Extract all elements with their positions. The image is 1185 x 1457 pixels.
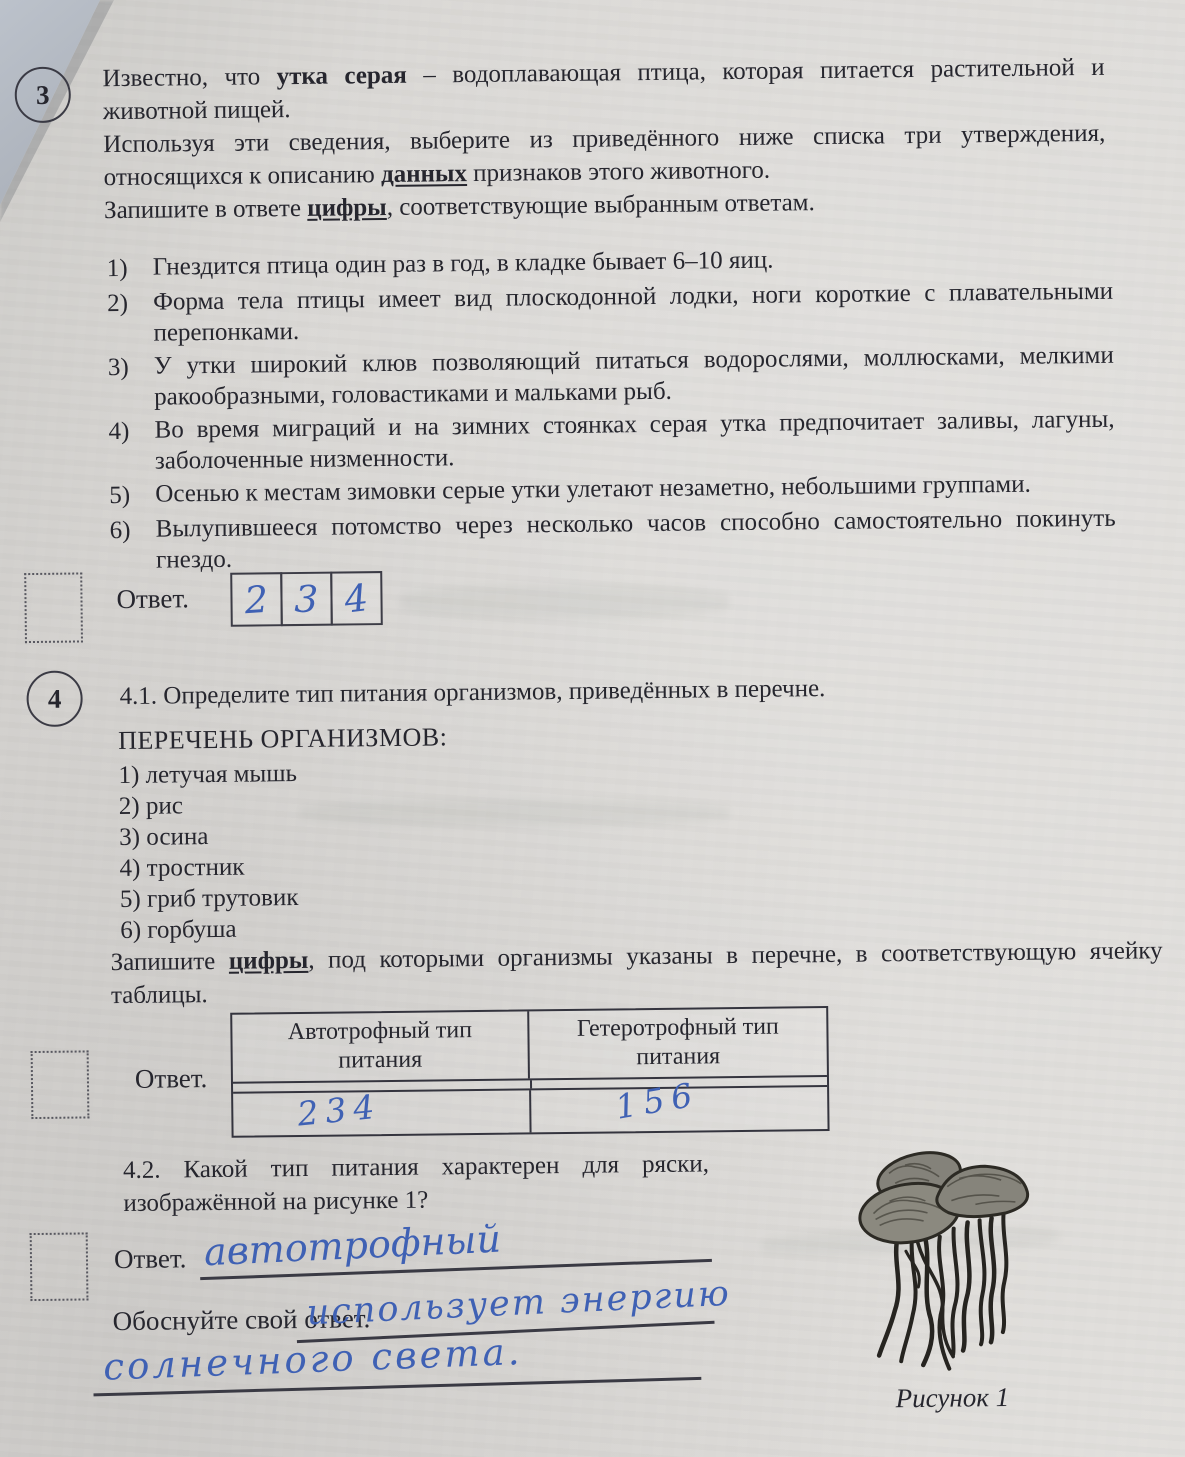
underlined-term: цифры — [229, 947, 309, 975]
handwritten-digit: 2 — [243, 577, 269, 621]
answer-grid: 2 3 4 — [230, 571, 383, 627]
question-4-1-title: 4.1. Определите тип питания организмов, … — [119, 669, 1099, 713]
list-item-text: Вылупившееся потомство через несколько ч… — [156, 503, 1117, 576]
score-checkbox — [30, 1232, 89, 1301]
question-3-number: 3 — [36, 79, 50, 110]
handwritten-digit: 4 — [342, 576, 370, 621]
text-segment: Запишите — [110, 948, 228, 976]
duckweed-illustration — [855, 1142, 1038, 1384]
table-cell-autotrophic: 234 — [233, 1090, 531, 1135]
list-item: 4)Во время миграций и на зимних стоянках… — [108, 404, 1115, 477]
question-3-intro: Известно, что утка серая – водоплавающая… — [102, 51, 1106, 227]
list-item: 6)Вылупившееся потомство через несколько… — [110, 503, 1117, 576]
list-item-number: 6) — [110, 514, 157, 577]
question-3-paragraph-2: Используя эти сведения, выберите из прив… — [103, 117, 1106, 194]
question-4-2-text: 4.2. Какой тип питания характерен для ря… — [123, 1147, 710, 1220]
list-item-text: Во время миграций и на зимних стоянках с… — [154, 404, 1115, 477]
score-checkbox — [24, 572, 83, 643]
exam-sheet: 3 Известно, что утка серая – водоплавающ… — [0, 0, 1185, 1457]
table-answer-row: 234 156 — [233, 1087, 827, 1136]
bold-term: утка серая — [277, 62, 408, 90]
handwritten-justification-line-2: солнечного света. — [102, 1330, 523, 1389]
list-item: 3)У утки широкий клюв позволяющий питать… — [108, 340, 1115, 413]
list-item-number: 4) — [108, 415, 155, 478]
figure-caption: Рисунок 1 — [895, 1382, 1009, 1414]
answer-cell: 2 — [230, 572, 283, 627]
nutrition-type-table: Автотрофный тип питания Гетеротрофный ти… — [230, 1006, 829, 1138]
answer-cell: 4 — [330, 571, 383, 626]
text-segment: , соответствующие выбранным ответам. — [387, 189, 815, 221]
list-item-text: Форма тела птицы имеет вид плоскодонной … — [153, 276, 1114, 349]
question-3-paragraph-1: Известно, что утка серая – водоплавающая… — [102, 51, 1105, 128]
score-checkbox — [31, 1050, 90, 1119]
handwritten-answer: автотрофный — [203, 1217, 502, 1275]
question-4-1-instruction: Запишите цифры, под которыми организмы у… — [110, 934, 1163, 1012]
answer-label: Ответ. — [116, 583, 189, 615]
underlined-term: цифры — [307, 194, 387, 222]
underlined-term: данных — [381, 160, 467, 188]
question-3-number-circle: 3 — [14, 67, 71, 124]
table-header-heterotrophic: Гетеротрофный тип питания — [529, 1008, 827, 1078]
text-segment: признаков этого животного. — [467, 157, 770, 187]
question-4-number-circle: 4 — [26, 670, 83, 727]
answer-cell: 3 — [280, 572, 333, 627]
text-segment: Запишите в ответе — [104, 195, 307, 224]
question-3-statement-list: 1)Гнездится птица один раз в год, в клад… — [107, 241, 1117, 578]
list-item-number: 3) — [108, 351, 155, 414]
list-item: 2)Форма тела птицы имеет вид плоскодонно… — [107, 276, 1114, 349]
table-header-autotrophic: Автотрофный тип питания — [232, 1011, 530, 1081]
list-item-number: 1) — [107, 252, 153, 286]
text-segment: Известно, что — [102, 63, 276, 92]
scanned-exam-page: { "q3": { "number": "3", "intro": { "p1"… — [0, 0, 1185, 1457]
table-cell-heterotrophic: 156 — [531, 1087, 827, 1132]
list-item-number: 5) — [109, 479, 155, 513]
list-item-number: 2) — [107, 287, 154, 350]
answer-label: Ответ. — [114, 1243, 187, 1275]
organism-list-heading: ПЕРЕЧЕНЬ ОРГАНИЗМОВ: — [118, 720, 448, 757]
table-header-row: Автотрофный тип питания Гетеротрофный ти… — [232, 1008, 827, 1084]
question-4-number: 4 — [48, 683, 62, 714]
handwritten-answer: 234 — [296, 1087, 383, 1134]
list-item-text: У утки широкий клюв позволяющий питаться… — [154, 340, 1115, 413]
answer-label: Ответ. — [135, 1063, 208, 1095]
handwritten-digit: 3 — [294, 577, 319, 621]
organism-list: 1) летучая мышь 2) рис 3) осина 4) трост… — [118, 753, 720, 946]
